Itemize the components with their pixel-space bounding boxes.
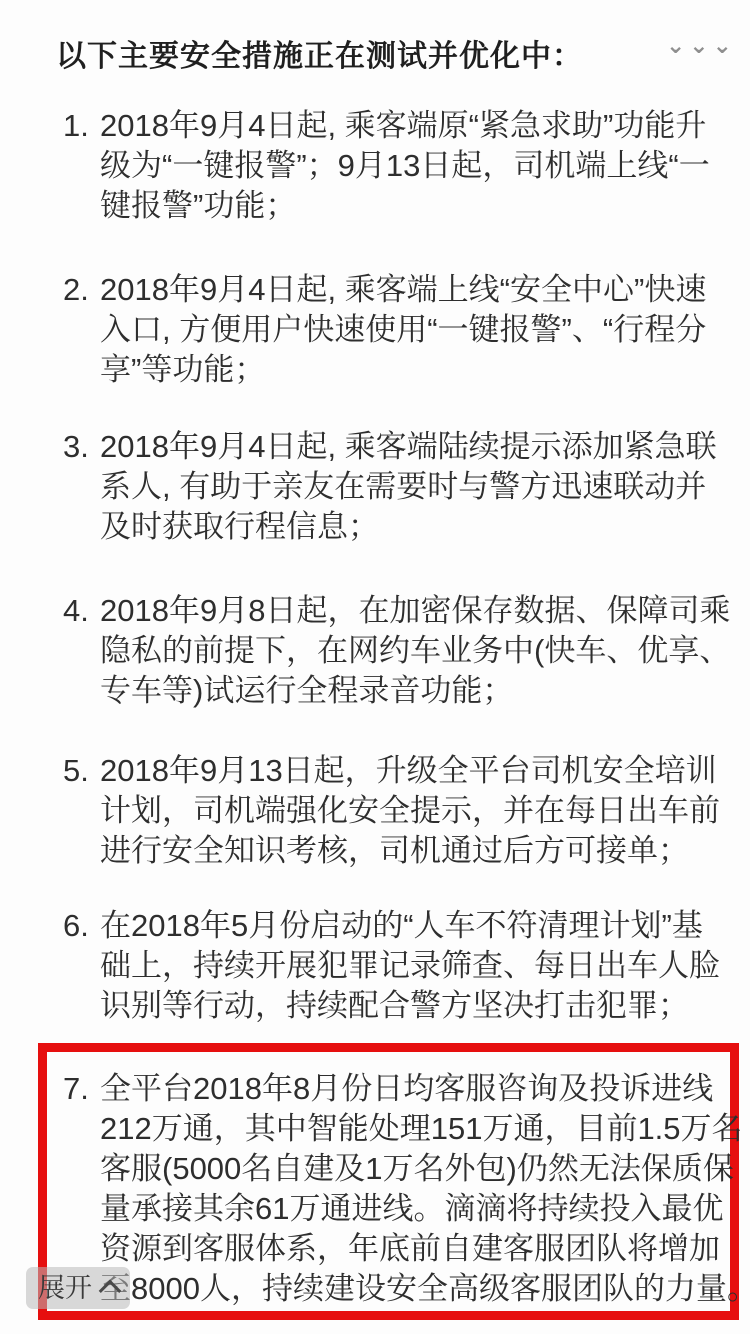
item-number: 2. (63, 270, 100, 310)
text-line: 2018年9月4日起, 乘客端上线“安全中心”快速 (100, 270, 723, 310)
item-number: 1. (63, 106, 100, 146)
list-item: 2. 2018年9月4日起, 乘客端上线“安全中心”快速 入口, 方便用户快速使… (63, 270, 723, 390)
text-line: 在2018年5月份启动的“人车不符清理计划”基 (100, 906, 723, 946)
list-item: 3. 2018年9月4日起, 乘客端陆续提示添加紧急联 系人, 有助于亲友在需要… (63, 427, 723, 547)
text-line: 识别等行动，持续配合警方坚决打击犯罪； (100, 986, 723, 1026)
list-item: 5. 2018年9月13日起，升级全平台司机安全培训 计划，司机端强化安全提示，… (63, 751, 723, 871)
chevron-down-icons[interactable]: ⌄ ⌄ ⌄ (666, 34, 732, 57)
text-line: 2018年9月4日起, 乘客端陆续提示添加紧急联 (100, 427, 723, 467)
text-line: 2018年9月4日起, 乘客端原“紧急求助”功能升 (100, 106, 723, 146)
item-number: 4. (63, 591, 100, 631)
chevron-down-icon: ⌄ (689, 34, 708, 57)
text-line: 全平台2018年8月份日均客服咨询及投诉进线 (100, 1069, 723, 1109)
text-line: 客服(5000名自建及1万名外包)仍然无法保质保 (100, 1149, 723, 1189)
expand-button-label: 展开 (38, 1275, 92, 1302)
text-line: 键报警”功能； (100, 186, 723, 226)
text-line: 及时获取行程信息； (100, 507, 723, 547)
text-line: 隐私的前提下，在网约车业务中(快车、优享、 (100, 631, 723, 671)
text-line: 系人, 有助于亲友在需要时与警方迅速联动并 (100, 467, 723, 507)
item-text: 2018年9月4日起, 乘客端原“紧急求助”功能升 级为“一键报警”；9月13日… (100, 106, 723, 226)
item-text: 在2018年5月份启动的“人车不符清理计划”基 础上，持续开展犯罪记录筛查、每日… (100, 906, 723, 1026)
chevron-up-icon (99, 1280, 122, 1303)
chevron-down-icon: ⌄ (713, 34, 732, 57)
item-text: 2018年9月4日起, 乘客端陆续提示添加紧急联 系人, 有助于亲友在需要时与警… (100, 427, 723, 547)
item-number: 6. (63, 906, 100, 946)
text-line: 至8000人，持续建设安全高级客服团队的力量。 (100, 1269, 723, 1309)
expand-button[interactable]: 展开 (26, 1267, 130, 1309)
text-line: 级为“一键报警”；9月13日起，司机端上线“一 (100, 146, 723, 186)
item-number: 3. (63, 427, 100, 467)
text-line: 进行安全知识考核，司机通过后方可接单； (100, 831, 723, 871)
item-number: 7. (63, 1069, 100, 1109)
page-title: 以下主要安全措施正在测试并优化中： (56, 31, 583, 75)
article-page: 以下主要安全措施正在测试并优化中： ⌄ ⌄ ⌄ 1. 2018年9月4日起, 乘… (0, 0, 750, 1334)
text-line: 计划，司机端强化安全提示，并在每日出车前 (100, 791, 723, 831)
text-line: 2018年9月8日起，在加密保存数据、保障司乘 (100, 591, 723, 631)
list-item: 4. 2018年9月8日起，在加密保存数据、保障司乘 隐私的前提下，在网约车业务… (63, 591, 723, 711)
text-line: 212万通，其中智能处理151万通，目前1.5万名 (100, 1109, 723, 1149)
text-line: 专车等)试运行全程录音功能； (100, 671, 723, 711)
item-number: 5. (63, 751, 100, 791)
chevron-down-icon: ⌄ (666, 34, 685, 57)
list-item: 1. 2018年9月4日起, 乘客端原“紧急求助”功能升 级为“一键报警”；9月… (63, 106, 723, 226)
item-text: 2018年9月8日起，在加密保存数据、保障司乘 隐私的前提下，在网约车业务中(快… (100, 591, 723, 711)
text-line: 入口, 方便用户快速使用“一键报警”、“行程分 (100, 310, 723, 350)
item-text: 全平台2018年8月份日均客服咨询及投诉进线 212万通，其中智能处理151万通… (100, 1069, 723, 1309)
item-text: 2018年9月13日起，升级全平台司机安全培训 计划，司机端强化安全提示，并在每… (100, 751, 723, 871)
text-line: 础上，持续开展犯罪记录筛查、每日出车人脸 (100, 946, 723, 986)
item-text: 2018年9月4日起, 乘客端上线“安全中心”快速 入口, 方便用户快速使用“一… (100, 270, 723, 390)
text-line: 2018年9月13日起，升级全平台司机安全培训 (100, 751, 723, 791)
text-line: 量承接其余61万通进线。滴滴将持续投入最优 (100, 1189, 723, 1229)
list-item: 6. 在2018年5月份启动的“人车不符清理计划”基 础上，持续开展犯罪记录筛查… (63, 906, 723, 1026)
text-line: 享”等功能； (100, 350, 723, 390)
text-line: 资源到客服体系，年底前自建客服团队将增加 (100, 1229, 723, 1269)
list-item-highlighted: 7. 全平台2018年8月份日均客服咨询及投诉进线 212万通，其中智能处理15… (63, 1069, 723, 1309)
